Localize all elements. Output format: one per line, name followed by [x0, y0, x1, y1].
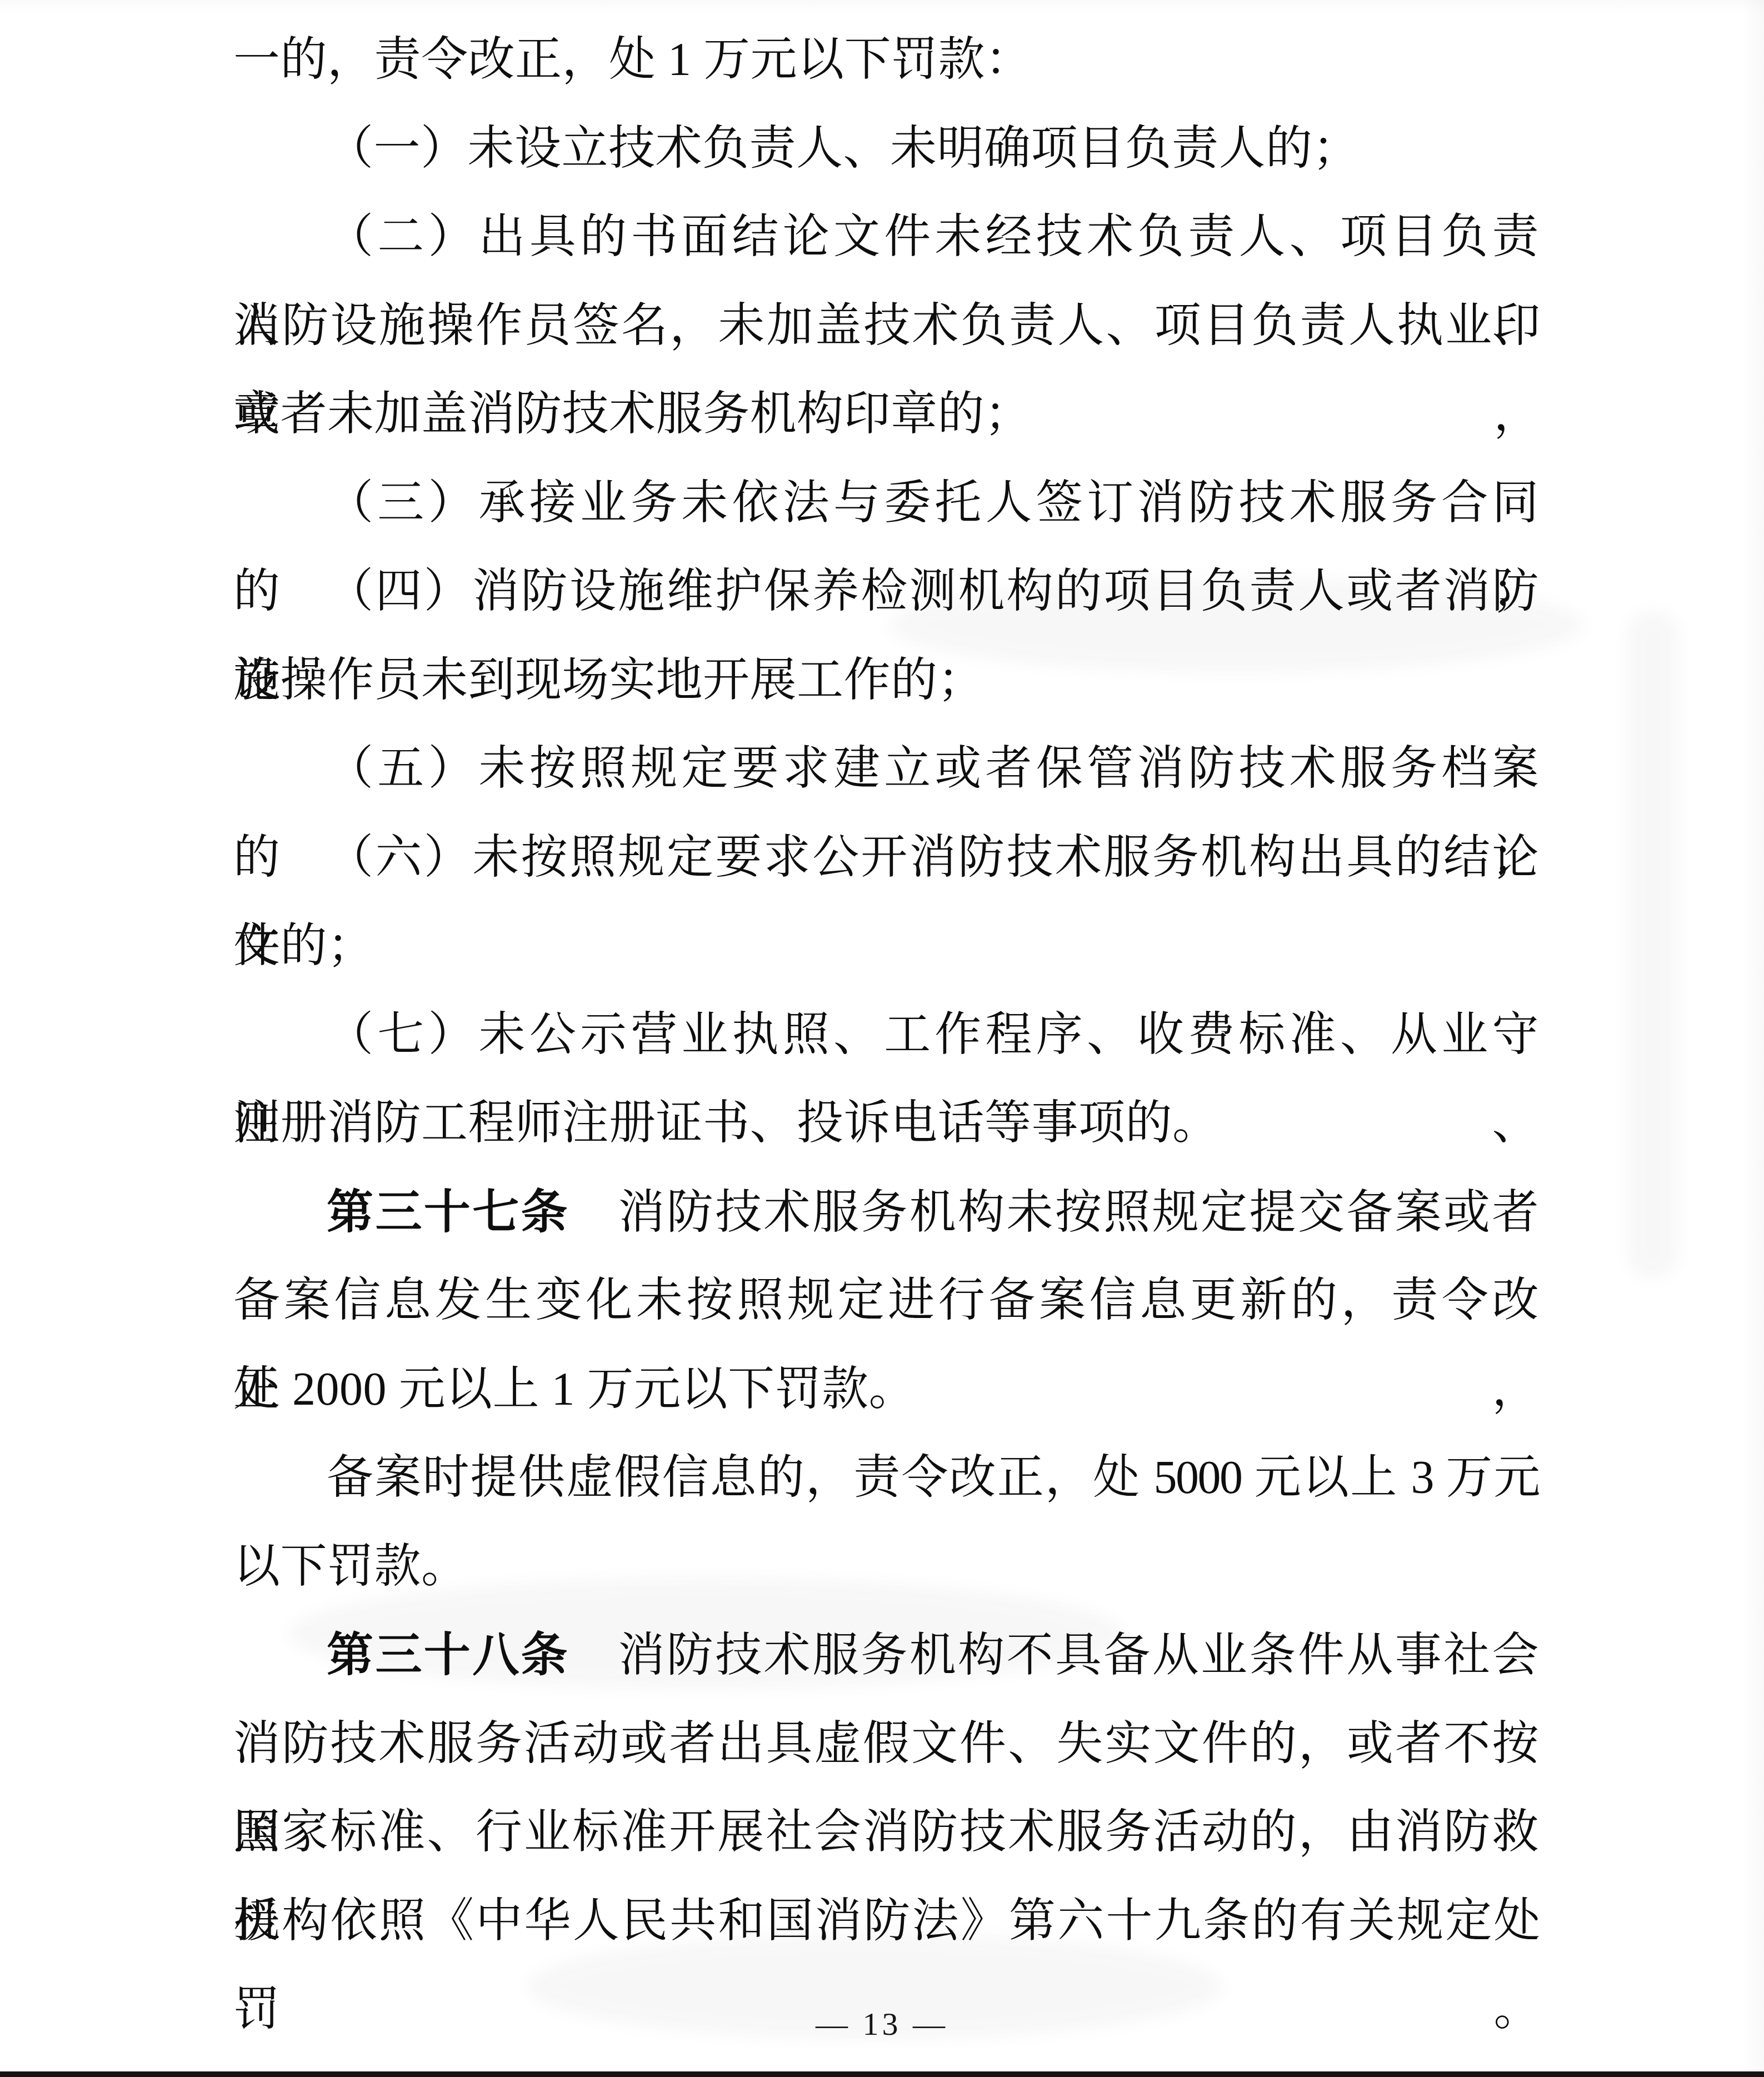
text-block: 一的，责令改正，处 1 万元以下罚款： （一）未设立技术负责人、未明确项目负责人… — [233, 16, 1539, 1965]
text-line: 机构依照《中华人民共和国消防法》第六十九条的有关规定处罚。 — [233, 1877, 1539, 1966]
text-line: （六）未按照规定要求公开消防技术服务机构出具的结论文 — [233, 813, 1539, 902]
text-line: 第三十八条 消防技术服务机构不具备从业条件从事社会 — [233, 1611, 1539, 1700]
text-line: 国家标准、行业标准开展社会消防技术服务活动的，由消防救援 — [233, 1788, 1539, 1877]
text-line: 一的，责令改正，处 1 万元以下罚款： — [233, 16, 1539, 104]
article-number-37: 第三十七条 — [327, 1186, 569, 1238]
text-line: 第三十七条 消防技术服务机构未按照规定提交备案或者 — [233, 1168, 1539, 1257]
text-line: （五）未按照规定要求建立或者保管消防技术服务档案的； — [233, 725, 1539, 813]
text-line: 备案时提供虚假信息的，责令改正，处 5000 元以上 3 万元 — [233, 1434, 1539, 1522]
text-line: （七）未公示营业执照、工作程序、收费标准、从业守则、 — [233, 991, 1539, 1080]
text-line: 件的； — [233, 902, 1539, 991]
text-line: 备案信息发生变化未按照规定进行备案信息更新的，责令改正， — [233, 1256, 1539, 1345]
article-38-lead-text: 消防技术服务机构不具备从业条件从事社会 — [569, 1630, 1539, 1681]
text-line: （三）承接业务未依法与委托人签订消防技术服务合同的； — [233, 459, 1539, 548]
text-line: （四）消防设施维护保养检测机构的项目负责人或者消防设 — [233, 547, 1539, 636]
text-line: 消防技术服务活动或者出具虚假文件、失实文件的，或者不按照 — [233, 1700, 1539, 1789]
text-line: 施操作员未到现场实地开展工作的； — [233, 636, 1539, 725]
text-line: （二）出具的书面结论文件未经技术负责人、项目负责人、 — [233, 193, 1539, 282]
bleedthrough-artifact — [1628, 611, 1678, 1278]
scan-edge-bar — [0, 2071, 1764, 2077]
article-37-lead-text: 消防技术服务机构未按照规定提交备案或者 — [569, 1187, 1539, 1239]
page-number: — 13 — — [0, 1999, 1764, 2049]
text-line: （一）未设立技术负责人、未明确项目负责人的； — [233, 104, 1539, 193]
scanned-document-page: 一的，责令改正，处 1 万元以下罚款： （一）未设立技术负责人、未明确项目负责人… — [0, 0, 1764, 2077]
text-line: 以下罚款。 — [233, 1522, 1539, 1611]
article-number-38: 第三十八条 — [327, 1629, 569, 1681]
text-line: 消防设施操作员签名，未加盖技术负责人、项目负责人执业印章， — [233, 282, 1539, 371]
